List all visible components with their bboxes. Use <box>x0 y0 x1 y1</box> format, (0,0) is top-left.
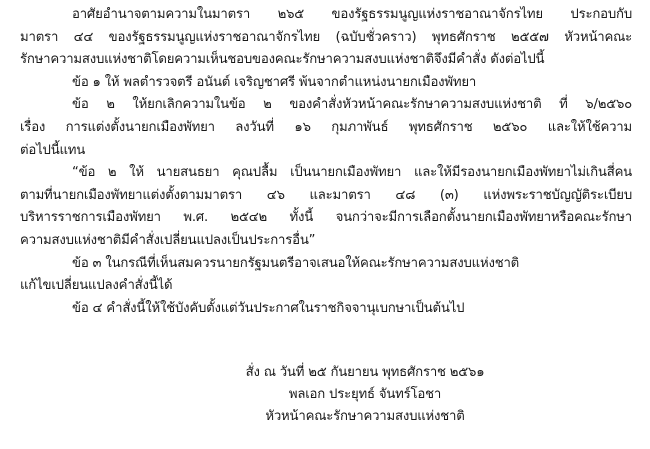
clause-3-line-2: แก้ไขเปลี่ยนแปลงคำสั่งนี้ได้ <box>20 275 632 298</box>
quoted-clause-line-3: บริหารราชการเมืองพัทยา พ.ศ. ๒๕๔๒ ทั้งนี้… <box>20 207 632 230</box>
clause-3: ข้อ ๓ ในกรณีที่เห็นสมควรนายกรัฐมนตรีอาจเ… <box>20 253 632 298</box>
quoted-clause-line-2: ตามที่นายกเมืองพัทยาแต่งตั้งตามมาตรา ๔๖ … <box>20 185 632 208</box>
quoted-clause-line-4: ความสงบแห่งชาติมีคำสั่งเปลี่ยนแปลงเป็นปร… <box>20 230 632 253</box>
clause-2-line-3: ต่อไปนี้แทน <box>20 140 632 163</box>
clause-3-line-1: ข้อ ๓ ในกรณีที่เห็นสมควรนายกรัฐมนตรีอาจเ… <box>20 253 632 276</box>
clause-2-line-2: เรื่อง การแต่งตั้งนายกเมืองพัทยา ลงวันที… <box>20 117 632 140</box>
preamble-line-1: อาศัยอำนาจตามความในมาตรา ๒๖๕ ของรัฐธรรมน… <box>20 4 632 27</box>
preamble-line-2: มาตรา ๔๔ ของรัฐธรรมนูญแห่งราชอาณาจักรไทย… <box>20 27 632 50</box>
clause-2-line-1: ข้อ ๒ ให้ยกเลิกความในข้อ ๒ ของคำสั่งหัวห… <box>20 94 632 117</box>
signatory-title: หัวหน้าคณะรักษาความสงบแห่งชาติ <box>200 406 530 428</box>
order-document-body: อาศัยอำนาจตามความในมาตรา ๒๖๕ ของรัฐธรรมน… <box>20 4 632 320</box>
signature-block: สั่ง ณ วันที่ ๒๕ กันยายน พุทธศักราช ๒๕๖๑… <box>200 362 530 428</box>
quoted-clause-line-1: “ข้อ ๒ ให้ นายสนธยา คุณปลื้ม เป็นนายกเมื… <box>20 162 632 185</box>
clause-2: ข้อ ๒ ให้ยกเลิกความในข้อ ๒ ของคำสั่งหัวห… <box>20 94 632 162</box>
clause-1: ข้อ ๑ ให้ พลตำรวจตรี อนันต์ เจริญชาศรี พ… <box>20 72 632 95</box>
order-date: สั่ง ณ วันที่ ๒๕ กันยายน พุทธศักราช ๒๕๖๑ <box>200 362 530 384</box>
preamble-paragraph: อาศัยอำนาจตามความในมาตรา ๒๖๕ ของรัฐธรรมน… <box>20 4 632 72</box>
preamble-line-3: รักษาความสงบแห่งชาติโดยความเห็นชอบของคณะ… <box>20 49 632 72</box>
clause-1-line-1: ข้อ ๑ ให้ พลตำรวจตรี อนันต์ เจริญชาศรี พ… <box>20 72 632 95</box>
signatory-name: พลเอก ประยุทธ์ จันทร์โอชา <box>200 384 530 406</box>
clause-4: ข้อ ๔ คำสั่งนี้ให้ใช้บังคับตั้งแต่วันประ… <box>20 298 632 321</box>
quoted-clause: “ข้อ ๒ ให้ นายสนธยา คุณปลื้ม เป็นนายกเมื… <box>20 162 632 252</box>
clause-4-line-1: ข้อ ๔ คำสั่งนี้ให้ใช้บังคับตั้งแต่วันประ… <box>20 298 632 321</box>
